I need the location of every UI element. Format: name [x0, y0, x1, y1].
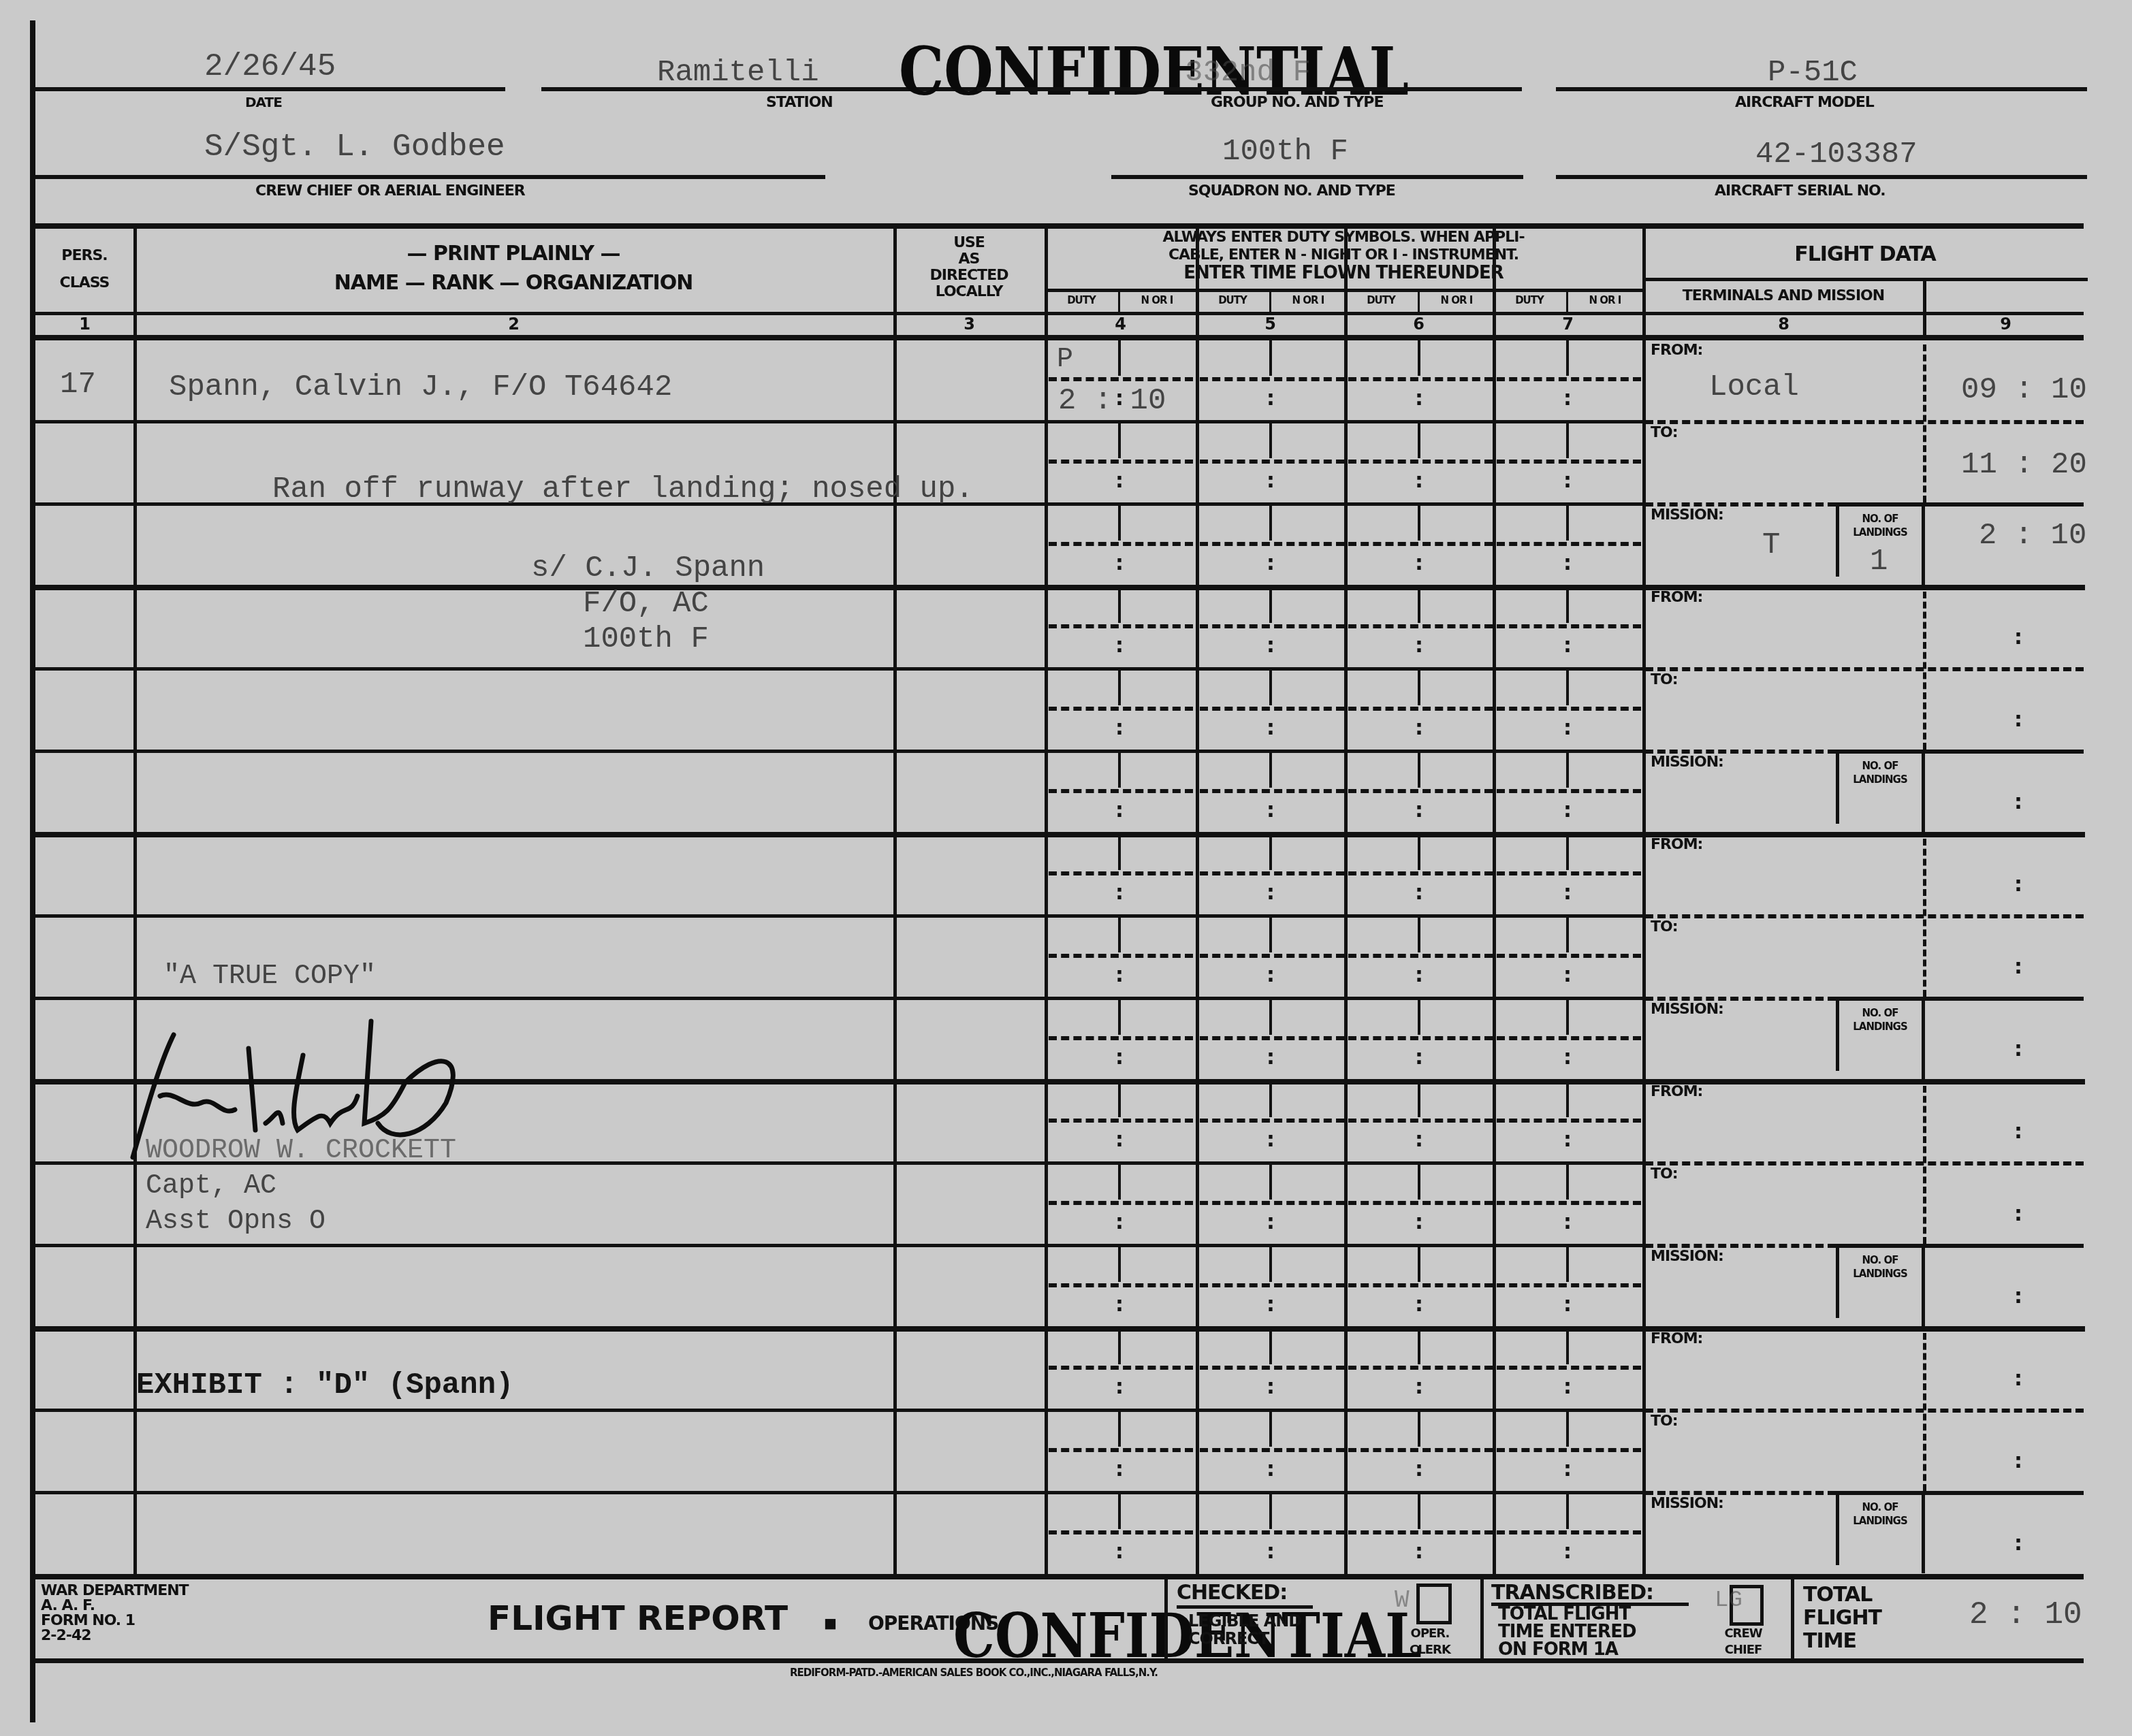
chief-label: CHIEF — [1716, 1642, 1770, 1658]
duty-instructions-line: ALWAYS ENTER DUTY SYMBOLS. WHEN APPLI- — [1045, 229, 1642, 246]
duty-nori-tick — [1418, 670, 1420, 705]
duty-dashed-line — [1348, 1530, 1493, 1534]
duty-nori-tick — [1566, 1494, 1569, 1529]
n-or-i-subheader: N OR I — [1419, 294, 1494, 306]
duty-dashed-line — [1049, 707, 1193, 711]
column-divider — [1642, 229, 1646, 1575]
column-divider — [1493, 229, 1496, 1575]
flight-line: FLIGHT — [1803, 1607, 1881, 1630]
duty-nori-tick — [1566, 1329, 1569, 1364]
transcribed-label: TRANSCRIBED: — [1491, 1581, 1653, 1605]
aircraft-model-underline — [1556, 87, 2087, 91]
landings-label: NO. OFLANDINGS — [1839, 1006, 1922, 1033]
duty-nori-tick — [1269, 1082, 1272, 1117]
duty-nori-tick — [1566, 588, 1569, 623]
duty-nori-tick — [1566, 1164, 1569, 1200]
flight-report-form: 2/26/45 DATE Ramitelli STATION CONFIDENT… — [0, 0, 2132, 1736]
duty-instructions-header: ALWAYS ENTER DUTY SYMBOLS. WHEN APPLI- C… — [1045, 229, 1642, 282]
duration-value: 2 : 10 — [1979, 519, 2086, 553]
duty-dashed-line — [1348, 954, 1493, 958]
mission-label: MISSION: — [1651, 754, 1723, 771]
group-value: 332nd F — [1185, 56, 1311, 90]
total-flight-time-label: TOTAL FLIGHT TIME — [1803, 1584, 1881, 1653]
legible-correct-block: LEGIBLE AND CORRECT — [1188, 1612, 1301, 1647]
row-divider — [35, 1409, 1642, 1412]
use-as-directed-header: USE AS DIRECTED LOCALLY — [893, 235, 1045, 300]
duty-nori-tick — [1118, 423, 1121, 458]
duty-nori-tick — [1118, 1164, 1121, 1200]
duty-nori-tick — [1418, 423, 1420, 458]
time-colon: : — [1415, 634, 1423, 658]
duty-nori-tick — [1418, 505, 1420, 541]
name-rank-org-header: NAME — RANK — ORGANIZATION — [133, 271, 893, 295]
date-underline — [35, 87, 505, 91]
duty-nori-tick — [1269, 752, 1272, 788]
squadron-underline — [1111, 175, 1523, 179]
time-colon: : — [1563, 1210, 1572, 1234]
duty-nori-tick — [1418, 1411, 1420, 1447]
duty-dashed-line — [1497, 871, 1641, 875]
time-colon: : — [1267, 1128, 1275, 1152]
transcribed-block: TOTAL FLIGHT TIME ENTERED ON FORM 1A — [1498, 1605, 1636, 1658]
remarks-line: Ran off runway after landing; nosed up. — [272, 472, 974, 507]
mission-divider — [1836, 502, 2084, 507]
from-label: FROM: — [1651, 1330, 1702, 1347]
duty-nori-tick — [1566, 1247, 1569, 1282]
landings-label: NO. OFLANDINGS — [1839, 1253, 1922, 1281]
time-colon: : — [1415, 799, 1423, 822]
column-divider — [1344, 229, 1348, 1575]
duty-nori-tick — [1418, 1494, 1420, 1529]
to-label: TO: — [1651, 1413, 1678, 1430]
terminals-mission-header: TERMINALS AND MISSION — [1642, 287, 1924, 304]
duty-nori-tick — [1269, 1411, 1272, 1447]
duty-dashed-line — [1049, 460, 1193, 464]
pers-class-cell: 17 — [60, 368, 96, 402]
duty-nori-tick — [1269, 340, 1272, 376]
time-colon: : — [1415, 1293, 1423, 1317]
time-colon: : — [1115, 881, 1124, 905]
column-number: 2 — [493, 315, 534, 334]
duty-instructions-line: CABLE, ENTER N - NIGHT OR I - INSTRUMENT… — [1045, 246, 1642, 264]
footer-divider — [1480, 1579, 1484, 1658]
use-as-directed-line: LOCALLY — [893, 284, 1045, 300]
duty-nori-tick — [1418, 835, 1420, 870]
duty-dashed-line — [1497, 1448, 1641, 1452]
duty-dashed-line — [1348, 1366, 1493, 1370]
duty-dashed-line — [1200, 1530, 1344, 1534]
duty-dashed-line — [1200, 954, 1344, 958]
arrive-colon: : — [2014, 708, 2022, 732]
station-value: Ramitelli — [657, 56, 819, 90]
duty-nori-tick — [1269, 1164, 1272, 1200]
time-colon: : — [1267, 551, 1275, 575]
duty-nori-tick — [1269, 835, 1272, 870]
column-number: 1 — [64, 315, 105, 334]
column-number: 4 — [1100, 315, 1141, 334]
arrive-colon: : — [2014, 1449, 2022, 1473]
duty-dashed-line — [1348, 1283, 1493, 1287]
mission-label: MISSION: — [1651, 1001, 1723, 1018]
duty-header-divider — [1045, 289, 1642, 292]
form-title: FLIGHT REPORT — [488, 1598, 788, 1638]
time-colon: : — [1415, 1458, 1423, 1481]
duty-dashed-line — [1497, 1530, 1641, 1534]
duty-dashed-line — [1049, 871, 1193, 875]
true-copy-text: "A TRUE COPY" — [163, 961, 376, 992]
duty-nori-tick — [1566, 1082, 1569, 1117]
time-colon: : — [1415, 1046, 1423, 1070]
duty-dashed-line — [1348, 1448, 1493, 1452]
duty-dashed-line — [1348, 707, 1493, 711]
squadron-label: SQUADRON NO. AND TYPE — [1188, 182, 1395, 199]
duty-nori-tick — [1418, 340, 1420, 376]
transcribed-line: ON FORM 1A — [1498, 1641, 1636, 1658]
depart-colon: : — [2014, 1367, 2022, 1391]
aircraft-serial-value: 42-103387 — [1755, 138, 1918, 172]
time-colon: : — [1415, 716, 1423, 740]
crew-chief-initials: LG — [1715, 1588, 1743, 1613]
duty-nori-tick — [1566, 505, 1569, 541]
duty-nori-tick — [1118, 1247, 1121, 1282]
footer-bottom-border — [35, 1658, 2084, 1663]
arrive-colon: : — [2014, 1202, 2022, 1226]
time-colon: : — [1563, 1458, 1572, 1481]
duty-dashed-line — [1200, 624, 1344, 628]
depart-time: 09 : 10 — [1961, 373, 2087, 407]
duty-nori-tick — [1118, 1082, 1121, 1117]
oper-clerk-label: OPER. CLERK — [1403, 1626, 1457, 1658]
aircraft-model-value: P-51C — [1768, 56, 1858, 90]
from-to-dashed — [1645, 914, 2084, 918]
mission-label: MISSION: — [1651, 1495, 1723, 1512]
time-colon: : — [1267, 1375, 1275, 1399]
issuer-block: WAR DEPARTMENT A. A. F. FORM NO. 1 2-2-4… — [41, 1584, 189, 1643]
landings-label: NO. OFLANDINGS — [1839, 1500, 1922, 1528]
date-value: 2/26/45 — [204, 49, 336, 84]
duty-nori-tick — [1118, 505, 1121, 541]
duty-dashed-line — [1348, 542, 1493, 546]
duty-dashed-line — [1348, 789, 1493, 793]
duty-dashed-line — [1497, 1119, 1641, 1123]
flight-data-header: FLIGHT DATA — [1642, 242, 2088, 266]
time-colon: : — [1115, 1540, 1124, 1564]
duty-nori-tick — [1118, 1494, 1121, 1529]
duty-nori-tick — [1118, 999, 1121, 1035]
duty-dashed-line — [1200, 1201, 1344, 1205]
duty-dashed-line — [1049, 377, 1193, 381]
time-colon: : — [1563, 799, 1572, 822]
duty-nori-tick — [1118, 835, 1121, 870]
transcribed-line: TOTAL FLIGHT — [1498, 1605, 1636, 1623]
column-number: 7 — [1547, 315, 1588, 334]
depart-colon: : — [2014, 1120, 2022, 1144]
time-colon: : — [1115, 963, 1124, 987]
left-margin-line — [30, 20, 35, 1722]
duty-dashed-line — [1497, 1201, 1641, 1205]
flight-block-divider — [1642, 832, 2085, 837]
aircraft-model-label: AIRCRAFT MODEL — [1735, 94, 1874, 111]
duty-dashed-line — [1497, 1283, 1641, 1287]
time-colon: : — [1563, 1540, 1572, 1564]
duty-nori-tick — [1566, 752, 1569, 788]
checked-label: CHECKED: — [1177, 1581, 1287, 1605]
subcolumn-divider — [1566, 291, 1568, 312]
issuer-line: WAR DEPARTMENT — [41, 1584, 189, 1598]
column-number: 6 — [1398, 315, 1439, 334]
flight-data-divider — [1642, 278, 2088, 281]
column-divider — [1923, 279, 1926, 338]
duty-nori-tick — [1418, 1247, 1420, 1282]
duty-nori-tick — [1269, 999, 1272, 1035]
footer-top-border — [35, 1574, 2084, 1579]
printer-imprint: REDIFORM-PATD.-AMERICAN SALES BOOK CO.,I… — [790, 1667, 1158, 1679]
aircraft-serial-label: AIRCRAFT SERIAL NO. — [1715, 182, 1886, 199]
crew-chief-label: CREW CHIEF OR AERIAL ENGINEER — [255, 182, 525, 199]
n-or-i-subheader: N OR I — [1271, 294, 1346, 306]
from-label: FROM: — [1651, 589, 1702, 606]
issuer-line: 2-2-42 — [41, 1628, 189, 1643]
duty-dashed-line — [1497, 1036, 1641, 1040]
time-colon: : — [1267, 716, 1275, 740]
time-colon: : — [1563, 881, 1572, 905]
duty-nori-tick — [1269, 423, 1272, 458]
subcolumn-divider — [1269, 291, 1271, 312]
date-label: DATE — [245, 94, 282, 110]
from-value: Local — [1709, 370, 1799, 404]
landings-value: 1 — [1870, 545, 1888, 579]
duty-nori-tick — [1566, 423, 1569, 458]
number-row-bottom — [35, 335, 2084, 340]
duty-nori-tick — [1566, 917, 1569, 952]
row-divider — [35, 420, 1642, 423]
duty-subheader: DUTY — [1493, 294, 1566, 306]
landings-label: NO. OFLANDINGS — [1839, 759, 1922, 786]
duty-nori-tick — [1269, 588, 1272, 623]
subcolumn-divider — [1418, 291, 1420, 312]
duty-nori-tick — [1118, 917, 1121, 952]
legible-line: LEGIBLE AND — [1188, 1612, 1301, 1630]
certifier-rank: Capt, AC — [146, 1171, 276, 1202]
time-colon: : — [1267, 881, 1275, 905]
duty-dashed-line — [1049, 1448, 1193, 1452]
exhibit-label: EXHIBIT : "D" (Spann) — [136, 1368, 514, 1402]
landings-right — [1922, 1244, 1925, 1326]
name-cell: Spann, Calvin J., F/O T64642 — [169, 370, 672, 404]
duty-nori-tick — [1269, 505, 1272, 541]
duty-dashed-line — [1200, 460, 1344, 464]
duty-dashed-line — [1049, 789, 1193, 793]
duty-nori-tick — [1418, 752, 1420, 788]
to-label: TO: — [1651, 1166, 1678, 1183]
duty-dashed-line — [1049, 1036, 1193, 1040]
duty-dashed-line — [1049, 1283, 1193, 1287]
time-colon: : — [1563, 1293, 1572, 1317]
crew-label: CREW — [1716, 1626, 1770, 1642]
duty-instructions-line: ENTER TIME FLOWN THEREUNDER — [1045, 264, 1642, 282]
column-divider — [893, 229, 897, 1575]
landings-label: NO. OFLANDINGS — [1839, 512, 1922, 539]
duty-dashed-line — [1200, 542, 1344, 546]
duration-colon: : — [2014, 790, 2022, 814]
subcolumn-divider — [1118, 291, 1120, 312]
column-number: 8 — [1763, 315, 1804, 334]
row-divider — [35, 1326, 1642, 1332]
from-label: FROM: — [1651, 836, 1702, 853]
time-colon: : — [1415, 551, 1423, 575]
time-colon: : — [1115, 1210, 1124, 1234]
time-colon: : — [1415, 1128, 1423, 1152]
time-colon: : — [1415, 387, 1423, 411]
from-label: FROM: — [1651, 342, 1702, 359]
time-colon: : — [1415, 469, 1423, 493]
footer-divider — [1164, 1579, 1168, 1658]
column-number: 3 — [949, 315, 989, 334]
time-colon: : — [1563, 469, 1572, 493]
flight-block-divider — [1642, 1079, 2085, 1084]
duty-nori-tick — [1566, 340, 1569, 376]
duty-nori-tick — [1269, 670, 1272, 705]
squadron-value: 100th F — [1222, 135, 1348, 169]
duty-dashed-line — [1348, 624, 1493, 628]
landings-right — [1922, 1491, 1925, 1573]
time-colon: : — [1267, 634, 1275, 658]
duty-dashed-line — [1049, 624, 1193, 628]
duty-subheader: DUTY — [1045, 294, 1118, 306]
time-colon: : — [1115, 1046, 1124, 1070]
time-colon: : — [1115, 1458, 1124, 1481]
time-colon: : — [1563, 634, 1572, 658]
row-divider — [35, 667, 1642, 671]
n-or-i-subheader: N OR I — [1119, 294, 1194, 306]
time-colon: : — [1267, 1293, 1275, 1317]
time-colon: : — [1563, 551, 1572, 575]
duty-dashed-line — [1200, 871, 1344, 875]
duty-nori-tick — [1269, 1329, 1272, 1364]
duty-nori-tick — [1118, 588, 1121, 623]
duty-dashed-line — [1497, 377, 1641, 381]
column-divider — [1045, 229, 1048, 1575]
duty-dashed-line — [1049, 1366, 1193, 1370]
row-divider — [35, 997, 1642, 1000]
depart-colon: : — [2014, 626, 2022, 649]
time-colon: : — [1267, 387, 1275, 411]
time-colon: : — [1267, 469, 1275, 493]
duty-dashed-line — [1497, 707, 1641, 711]
duty-dashed-line — [1049, 954, 1193, 958]
certifier-title: Asst Opns O — [146, 1206, 325, 1237]
time-colon: : — [1115, 799, 1124, 822]
oper-label: OPER. — [1403, 1626, 1457, 1642]
duty-nori-tick — [1118, 340, 1121, 376]
time-colon: : — [1267, 1210, 1275, 1234]
mission-value: T — [1762, 528, 1780, 562]
landings-right — [1922, 502, 1925, 585]
crew-chief-label: CREW CHIEF — [1716, 1626, 1770, 1658]
duty-nori-tick — [1566, 670, 1569, 705]
duty-nori-tick — [1269, 917, 1272, 952]
landings-right — [1922, 750, 1925, 832]
row-divider — [35, 585, 1642, 590]
group-label: GROUP NO. AND TYPE — [1211, 94, 1383, 111]
title-bullet: ■ — [824, 1615, 836, 1631]
pilot-rank-line: F/O, AC — [583, 587, 709, 621]
duty-dashed-line — [1200, 789, 1344, 793]
duty-subheader: DUTY — [1344, 294, 1418, 306]
duty-dashed-line — [1200, 1283, 1344, 1287]
duty-time-cell: 2 : 10 — [1058, 384, 1166, 418]
crew-chief-value: S/Sgt. L. Godbee — [204, 129, 505, 165]
duty-dashed-line — [1497, 1366, 1641, 1370]
time-colon: : — [1267, 1540, 1275, 1564]
duration-colon: : — [2014, 1285, 2022, 1308]
use-as-directed-line: DIRECTED — [893, 268, 1045, 284]
pers-class-header: PERS. CLASS — [38, 242, 131, 297]
row-divider — [35, 750, 1642, 753]
mission-label: MISSION: — [1651, 507, 1723, 524]
duty-nori-tick — [1118, 1411, 1121, 1447]
time-colon: : — [1563, 963, 1572, 987]
issuer-line: FORM NO. 1 — [41, 1613, 189, 1628]
duty-dashed-line — [1348, 1119, 1493, 1123]
duty-dashed-line — [1200, 1366, 1344, 1370]
pilot-unit-line: 100th F — [583, 622, 709, 656]
duty-nori-tick — [1566, 999, 1569, 1035]
duty-dashed-line — [1049, 1119, 1193, 1123]
duty-dashed-line — [1497, 542, 1641, 546]
mission-divider — [1836, 750, 2084, 754]
total-line: TOTAL — [1803, 1584, 1881, 1607]
duty-nori-tick — [1418, 588, 1420, 623]
duty-dashed-line — [1200, 1036, 1344, 1040]
duty-nori-tick — [1566, 1411, 1569, 1447]
duty-dashed-line — [1497, 789, 1641, 793]
from-label: FROM: — [1651, 1083, 1702, 1100]
duty-dashed-line — [1348, 1036, 1493, 1040]
duty-subheader: DUTY — [1196, 294, 1269, 306]
time-colon: : — [1267, 963, 1275, 987]
mission-divider — [1836, 1244, 2084, 1248]
station-label: STATION — [766, 94, 833, 111]
duration-colon: : — [2014, 1532, 2022, 1556]
n-or-i-subheader: N OR I — [1568, 294, 1642, 306]
flight-block-divider — [1642, 585, 2085, 590]
duty-dashed-line — [1200, 707, 1344, 711]
table-top-border — [35, 223, 2084, 229]
duty-dashed-line — [1497, 624, 1641, 628]
duty-nori-tick — [1269, 1494, 1272, 1529]
duty-dashed-line — [1497, 460, 1641, 464]
duty-dashed-line — [1200, 1119, 1344, 1123]
time-colon: : — [1563, 1046, 1572, 1070]
duty-dashed-line — [1049, 1201, 1193, 1205]
depart-colon: : — [2014, 873, 2022, 897]
time-colon: : — [1115, 634, 1124, 658]
from-to-dashed — [1645, 1409, 2084, 1413]
row-divider — [35, 1244, 1642, 1247]
row-divider — [35, 1491, 1642, 1494]
duty-nori-tick — [1418, 999, 1420, 1035]
oper-clerk-checkbox[interactable] — [1416, 1584, 1452, 1624]
time-colon: : — [1115, 551, 1124, 575]
duty-dashed-line — [1348, 1201, 1493, 1205]
from-to-dashed — [1645, 667, 2084, 671]
duty-nori-tick — [1418, 1082, 1420, 1117]
time-colon: : — [1415, 881, 1423, 905]
time-line: TIME — [1803, 1630, 1881, 1653]
duty-dashed-line — [1200, 1448, 1344, 1452]
crew-chief-underline — [35, 175, 825, 179]
